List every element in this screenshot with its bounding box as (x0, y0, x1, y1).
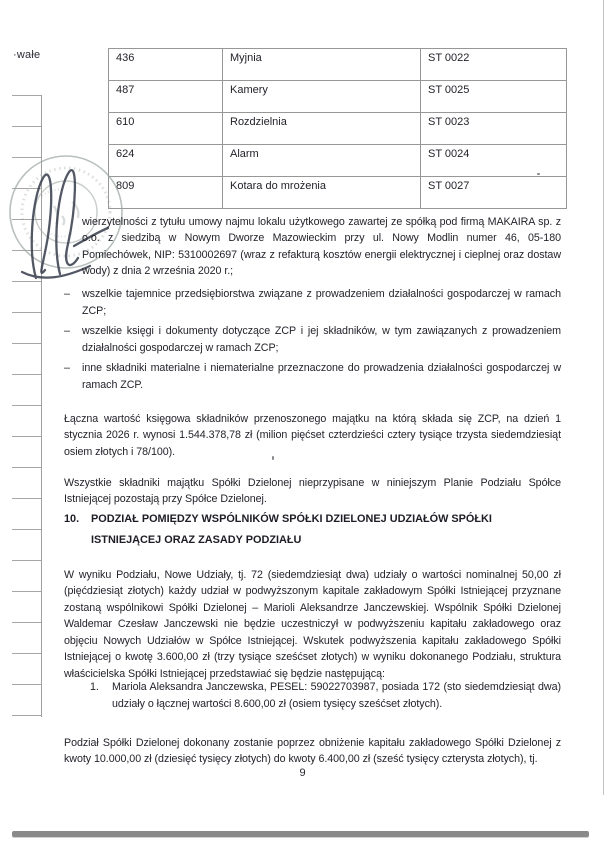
division-paragraph: W wyniku Podziału, Nowe Udziały, tj. 72 … (64, 567, 561, 683)
asset-number: 436 (109, 49, 223, 81)
asset-table: 436 Myjnia ST 0022 487 Kamery ST 0025 61… (108, 48, 567, 209)
asset-code: ST 0024 (421, 145, 567, 177)
asset-code: ST 0025 (421, 81, 567, 113)
book-value-paragraph: Łączna wartość księgowa składników przen… (64, 411, 561, 461)
page-edge-line (603, 0, 604, 795)
table-row: 809 Kotara do mrożenia ST 0027 (109, 177, 567, 209)
item-text: Mariola Aleksandra Janczewska, PESEL: 59… (112, 679, 561, 712)
asset-code: ST 0023 (421, 113, 567, 145)
ink-speck (272, 456, 274, 460)
list-item-text: wszelkie tajemnice przedsiębiorstwa zwią… (82, 286, 561, 319)
asset-code: ST 0027 (421, 177, 567, 209)
asset-name: Alarm (223, 145, 421, 177)
table-row: 610 Rozdzielnia ST 0023 (109, 113, 567, 145)
dash-bullet: – (64, 323, 82, 356)
section-heading: 10. PODZIAŁ POMIĘDZY WSPÓLNIKÓW SPÓŁKI D… (64, 509, 546, 551)
shareholder-item: 1. Mariola Aleksandra Janczewska, PESEL:… (90, 679, 561, 712)
list-item: – inne składniki materialne i niemateria… (64, 360, 561, 393)
page-number: 9 (0, 767, 605, 779)
left-edge-ticks (12, 95, 42, 717)
receivables-paragraph: wierzytelności z tytułu umowy najmu loka… (82, 214, 561, 280)
dash-bullet: – (64, 360, 82, 393)
asset-name: Kamery (223, 81, 421, 113)
asset-number: 610 (109, 113, 223, 145)
asset-name: Myjnia (223, 49, 421, 81)
remaining-assets-paragraph: Wszystkie składniki majątku Spółki Dziel… (64, 475, 561, 508)
asset-code: ST 0022 (421, 49, 567, 81)
document-page: ·wałe 436 Myjnia ST 0022 487 Kamery ST 0… (0, 0, 605, 852)
list-item: – wszelkie księgi i dokumenty dotyczące … (64, 323, 561, 356)
table-row: 624 Alarm ST 0024 (109, 145, 567, 177)
list-item-text: inne składniki materialne i niematerialn… (82, 360, 561, 393)
list-item: – wszelkie tajemnice przedsiębiorstwa zw… (64, 286, 561, 319)
margin-note: ·wałe (13, 49, 40, 61)
dash-bullet: – (64, 286, 82, 319)
asset-number: 624 (109, 145, 223, 177)
ink-speck (537, 173, 540, 175)
table-row: 487 Kamery ST 0025 (109, 81, 567, 113)
capital-reduction-paragraph: Podział Spółki Dzielonej dokonany zostan… (64, 735, 561, 768)
asset-number: 809 (109, 177, 223, 209)
section-title: PODZIAŁ POMIĘDZY WSPÓLNIKÓW SPÓŁKI DZIEL… (91, 509, 546, 551)
item-number: 1. (90, 679, 112, 712)
asset-name: Rozdzielnia (223, 113, 421, 145)
section-number: 10. (64, 509, 91, 551)
list-item-text: wszelkie księgi i dokumenty dotyczące ZC… (82, 323, 561, 356)
asset-number: 487 (109, 81, 223, 113)
scan-shadow-bar (12, 831, 589, 837)
asset-name: Kotara do mrożenia (223, 177, 421, 209)
table-row: 436 Myjnia ST 0022 (109, 49, 567, 81)
